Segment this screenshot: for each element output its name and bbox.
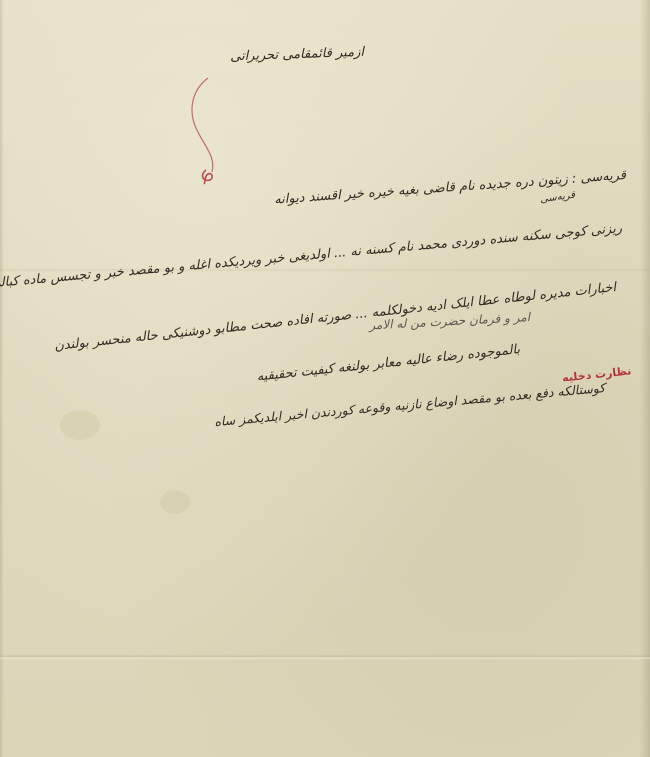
interlinear-note: قریه‌سی: [539, 190, 575, 206]
document-heading: ازمیر قائمقامی تحریراتی: [234, 45, 364, 65]
paper-stain: [60, 410, 100, 440]
body-line-2: ریزنی کوجی سکنه سنده دوردی محمد نام کسنه…: [8, 221, 623, 290]
paper-stain: [160, 490, 190, 514]
paper-edge-right: [640, 0, 650, 757]
red-flourish-icon: [186, 76, 226, 186]
document-page: ازمیر قائمقامی تحریراتی قریه‌سی قریه‌سی …: [0, 0, 650, 757]
paper-edge-left: [0, 0, 4, 757]
paper-fold: [0, 654, 650, 660]
body-line-1: قریه‌سی : زیتون دره‌ جدیده نام قاضی بغیه…: [17, 168, 627, 226]
body-line-4: بالموجوده رضاء عالیه معابر بولنغه کیفیت …: [161, 342, 521, 395]
